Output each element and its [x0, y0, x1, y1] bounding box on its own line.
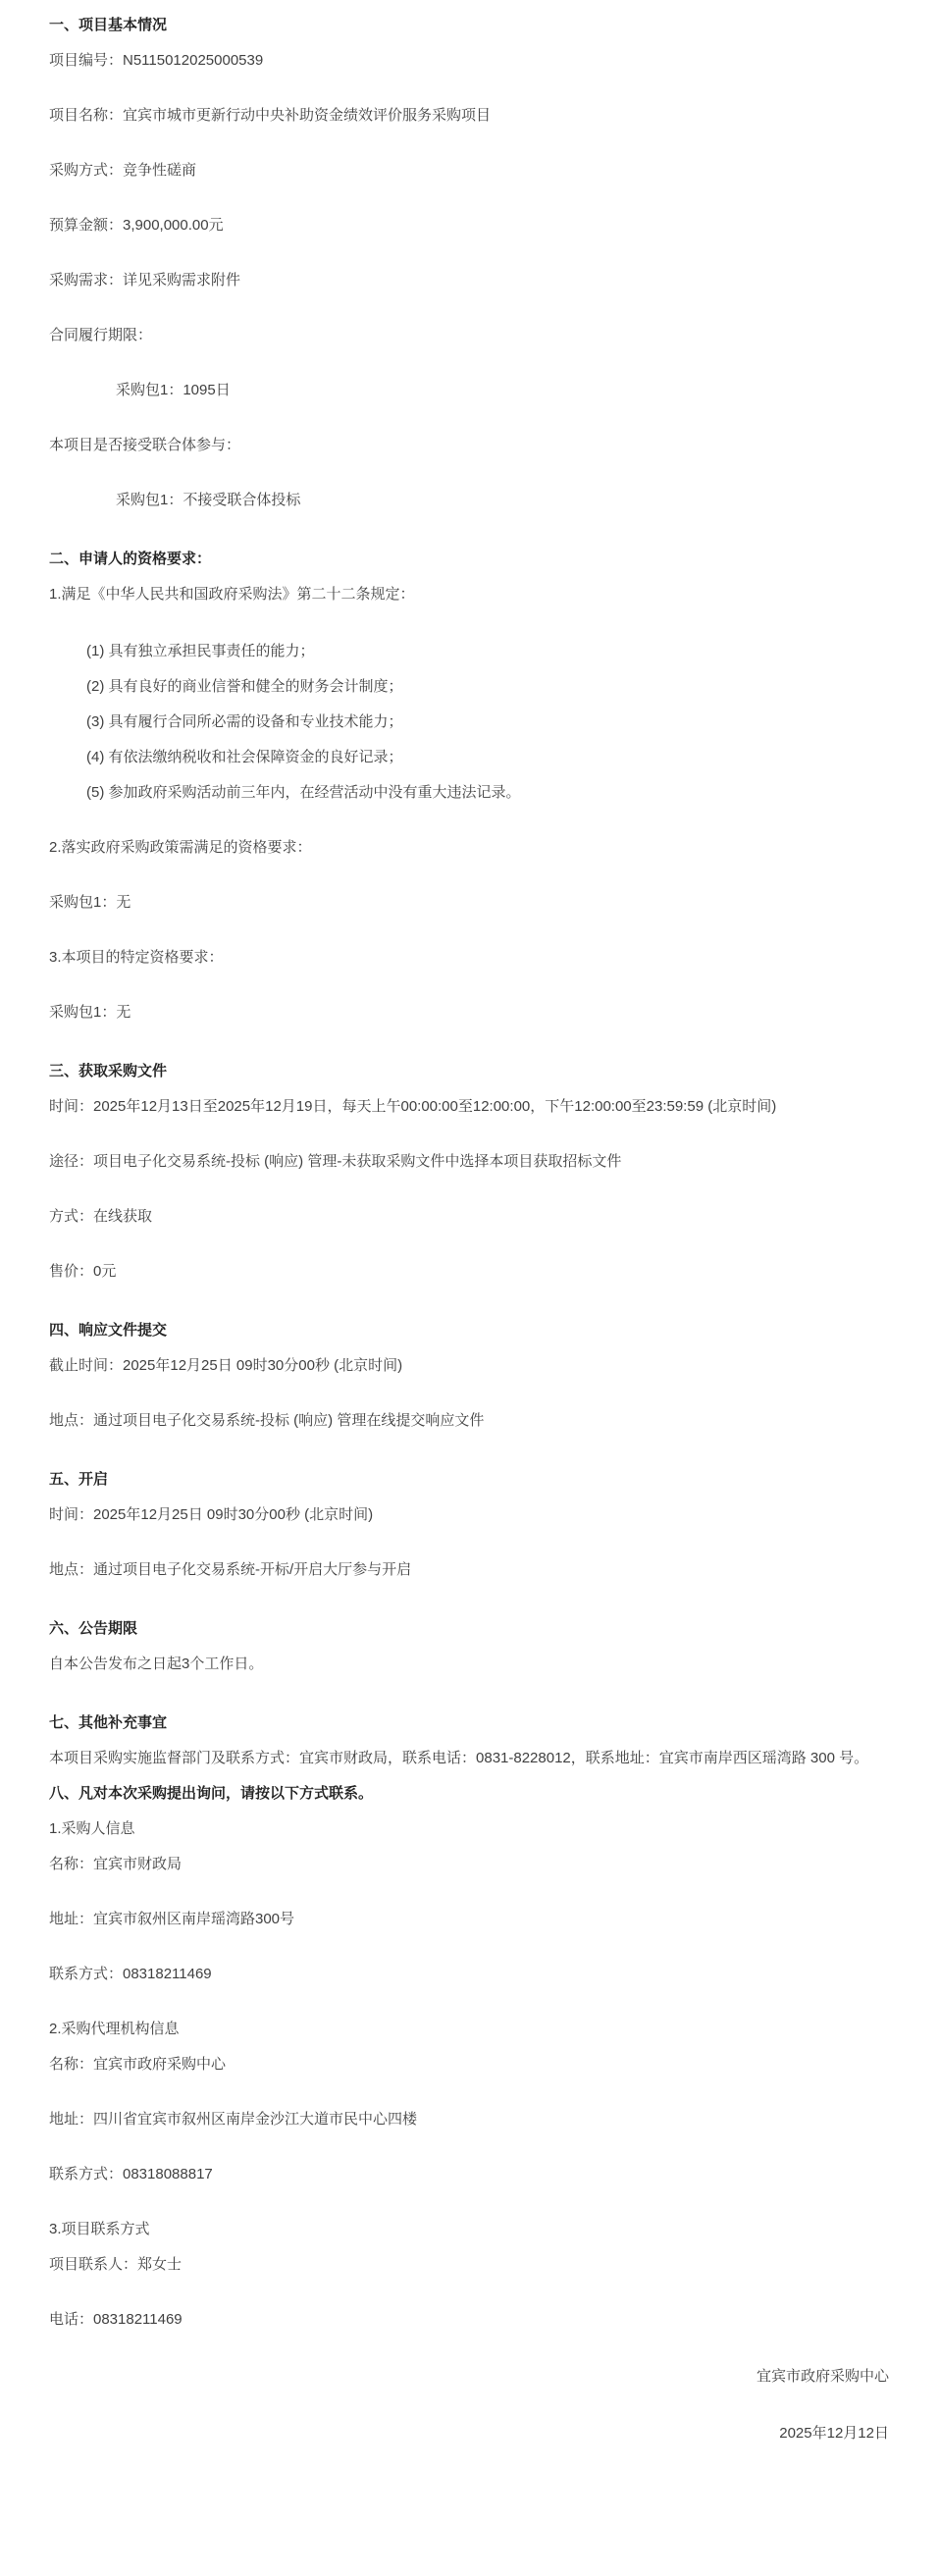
paragraph: 地址：宜宾市叙州区南岸瑶湾路300号: [49, 1902, 889, 1937]
paragraph: 3.项目联系方式: [49, 2212, 889, 2247]
qualification-item: (1) 具有独立承担民事责任的能力；: [49, 634, 889, 669]
section-heading: 八、凡对本次采购提出询问，请按以下方式联系。: [49, 1776, 889, 1812]
paragraph: 截止时间：2025年12月25日 09时30分00秒 (北京时间): [49, 1348, 889, 1384]
paragraph: 项目编号：N5115012025000539: [49, 43, 889, 79]
issuer-signature: 宜宾市政府采购中心: [49, 2359, 889, 2394]
paragraph: 联系方式：08318211469: [49, 1957, 889, 1992]
paragraph: 预算金额：3,900,000.00元: [49, 208, 889, 243]
paragraph: 采购包1：无: [49, 995, 889, 1030]
package-detail: 采购包1：不接受联合体投标: [49, 483, 889, 518]
publish-date: 2025年12月12日: [49, 2416, 889, 2451]
section-heading: 六、公告期限: [49, 1611, 889, 1647]
paragraph: 联系方式：08318088817: [49, 2157, 889, 2192]
section-heading: 七、其他补充事宜: [49, 1706, 889, 1741]
qualification-item: (4) 有依法缴纳税收和社会保障资金的良好记录；: [49, 740, 889, 775]
section-heading: 三、获取采购文件: [49, 1054, 889, 1089]
paragraph: 途径：项目电子化交易系统-投标 (响应) 管理-未获取采购文件中选择本项目获取招…: [49, 1144, 889, 1180]
qualification-item: (2) 具有良好的商业信誉和健全的财务会计制度；: [49, 669, 889, 705]
paragraph: 1.采购人信息: [49, 1812, 889, 1847]
paragraph: 1.满足《中华人民共和国政府采购法》第二十二条规定：: [49, 577, 889, 612]
paragraph: 电话：08318211469: [49, 2302, 889, 2338]
paragraph: 自本公告发布之日起3个工作日。: [49, 1647, 889, 1682]
paragraph: 合同履行期限：: [49, 318, 889, 353]
paragraph: 本项目采购实施监督部门及联系方式：宜宾市财政局，联系电话：0831-822801…: [49, 1741, 889, 1776]
paragraph: 采购包1：无: [49, 885, 889, 920]
paragraph: 地点：通过项目电子化交易系统-投标 (响应) 管理在线提交响应文件: [49, 1403, 889, 1439]
paragraph: 地点：通过项目电子化交易系统-开标/开启大厅参与开启: [49, 1552, 889, 1588]
paragraph: 采购方式：竞争性磋商: [49, 153, 889, 188]
qualification-item: (5) 参加政府采购活动前三年内，在经营活动中没有重大违法记录。: [49, 775, 889, 811]
section-heading: 四、响应文件提交: [49, 1313, 889, 1348]
announcement-document: 一、项目基本情况项目编号：N5115012025000539项目名称：宜宾市城市…: [0, 0, 940, 2493]
paragraph: 项目联系人：郑女士: [49, 2247, 889, 2283]
paragraph: 项目名称：宜宾市城市更新行动中央补助资金绩效评价服务采购项目: [49, 98, 889, 133]
qualification-item: (3) 具有履行合同所必需的设备和专业技术能力；: [49, 705, 889, 740]
paragraph: 采购需求：详见采购需求附件: [49, 263, 889, 298]
section-heading: 二、申请人的资格要求：: [49, 542, 889, 577]
paragraph: 名称：宜宾市财政局: [49, 1847, 889, 1882]
paragraph: 2.采购代理机构信息: [49, 2012, 889, 2047]
paragraph: 方式：在线获取: [49, 1199, 889, 1235]
paragraph: 时间：2025年12月25日 09时30分00秒 (北京时间): [49, 1498, 889, 1533]
section-heading: 五、开启: [49, 1462, 889, 1498]
paragraph: 时间：2025年12月13日至2025年12月19日，每天上午00:00:00至…: [49, 1089, 889, 1125]
paragraph: 地址：四川省宜宾市叙州区南岸金沙江大道市民中心四楼: [49, 2102, 889, 2137]
section-heading: 一、项目基本情况: [49, 8, 889, 43]
paragraph: 3.本项目的特定资格要求：: [49, 940, 889, 975]
paragraph: 2.落实政府采购政策需满足的资格要求：: [49, 830, 889, 866]
package-detail: 采购包1：1095日: [49, 373, 889, 408]
paragraph: 售价：0元: [49, 1254, 889, 1289]
paragraph: 名称：宜宾市政府采购中心: [49, 2047, 889, 2082]
paragraph: 本项目是否接受联合体参与：: [49, 428, 889, 463]
